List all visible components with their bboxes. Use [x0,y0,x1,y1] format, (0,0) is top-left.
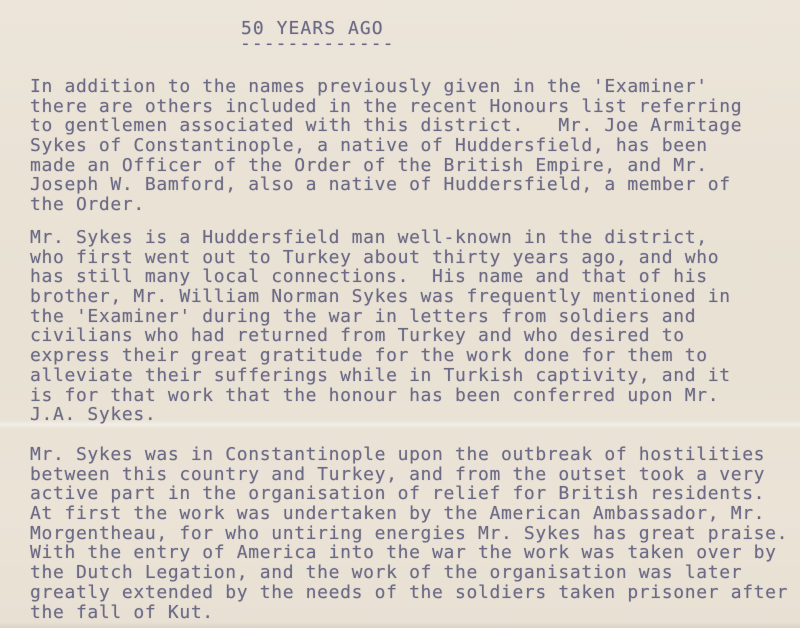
text-line: express their great gratitude for the wo… [30,346,731,366]
text-line: made an Officer of the Order of the Brit… [30,156,742,176]
title-underline-dashes: ------------- [240,34,395,54]
scanned-document-page: 50 YEARS AGO ------------- In addition t… [0,0,800,628]
text-line: At first the work was undertaken by the … [30,504,788,524]
text-line: the Dutch Legation, and the work of the … [30,563,788,583]
text-line: between this country and Turkey, and fro… [30,465,788,485]
text-line: the 'Examiner' during the war in letters… [30,307,731,327]
text-line: the fall of Kut. [30,603,788,623]
text-line: J.A. Sykes. [30,405,731,425]
text-line: With the entry of America into the war t… [30,543,788,563]
text-line: civilians who had returned from Turkey a… [30,326,731,346]
text-line: active part in the organisation of relie… [30,484,788,504]
text-line: Sykes of Constantinople, a native of Hud… [30,136,742,156]
paper-edge-shadow [0,622,800,628]
text-line: Mr. Sykes is a Huddersfield man well-kno… [30,228,731,248]
text-line: who first went out to Turkey about thirt… [30,248,731,268]
text-line: brother, Mr. William Norman Sykes was fr… [30,287,731,307]
paragraph-sykes-background: Mr. Sykes is a Huddersfield man well-kno… [30,228,731,425]
text-line: In addition to the names previously give… [30,77,742,97]
text-line: the Order. [30,195,742,215]
text-line: alleviate their sufferings while in Turk… [30,366,731,386]
paragraph-constantinople-relief: Mr. Sykes was in Constantinople upon the… [30,445,788,622]
text-line: there are others included in the recent … [30,97,742,117]
text-line: to gentlemen associated with this distri… [30,116,742,136]
text-line: Joseph W. Bamford, also a native of Hudd… [30,175,742,195]
paragraph-honours-list: In addition to the names previously give… [30,77,742,215]
text-line: has still many local connections. His na… [30,267,731,287]
text-line: Mr. Sykes was in Constantinople upon the… [30,445,788,465]
text-line: is for that work that the honour has bee… [30,386,731,406]
text-line: Morgentheau, for who untiring energies M… [30,524,788,544]
text-line: greatly extended by the needs of the sol… [30,583,788,603]
